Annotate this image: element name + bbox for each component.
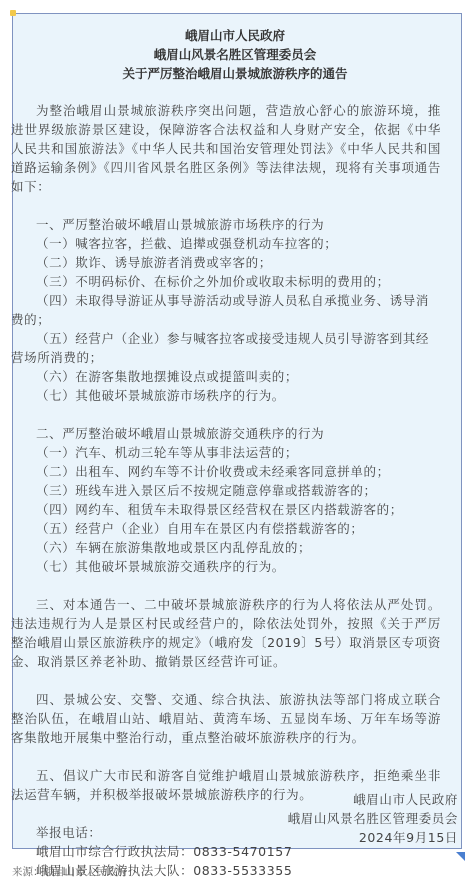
signature-block: 峨眉山市人民政府 峨眉山风景名胜区管理委员会 2024年9月15日 <box>288 790 458 847</box>
list-item: （四）未取得导游证从事导游活动或导游人员私自承揽业务、诱导消费的； <box>11 291 441 329</box>
penalty-paragraph: 三、对本通告一、二中破坏景城旅游秩序的行为人将依法从严处罚。违法违规行为人是景区… <box>11 595 441 671</box>
list-item: （一）汽车、机动三轮车等从事非法运营的； <box>11 443 441 462</box>
list-item: （二）欺诈、诱导旅游者消费或宰客的； <box>11 253 441 272</box>
intro-paragraph: 为整治峨眉山景城旅游秩序突出问题，营造放心舒心的旅游环境，推进世界级旅游景区建设… <box>11 101 441 196</box>
list-item: （七）其他破坏景城旅游市场秩序的行为。 <box>11 386 441 405</box>
list-item: （六）在游客集散地摆摊设点或提篮叫卖的； <box>11 367 441 386</box>
corner-decoration-top-left <box>10 10 16 16</box>
list-item: （三）班线车进入景区后不按规定随意停靠或搭载游客的； <box>11 481 441 500</box>
list-item: （六）车辆在旅游集散地或景区内乱停乱放的； <box>11 538 441 557</box>
list-item: （五）经营户（企业）参与喊客拉客或接受违规人员引导游客到其经营场所消费的； <box>11 329 441 367</box>
list-item: （四）网约车、租赁车未取得景区经营权在景区内搭载游客的； <box>11 500 441 519</box>
list-item: （一）喊客拉客，拦截、追撵或强登机动车拉客的； <box>11 234 441 253</box>
section-title: 一、严厉整治破坏峨眉山景城旅游市场秩序的行为 <box>11 215 441 234</box>
signature-org-2: 峨眉山风景名胜区管理委员会 <box>288 809 458 828</box>
enforcement-paragraph: 四、景城公安、交警、交通、综合执法、旅游执法等部门将成立联合整治队伍，在峨眉山站… <box>11 690 441 747</box>
list-item: （二）出租车、网约车等不计价收费或未经乘客同意拼单的； <box>11 462 441 481</box>
notice-body: 为整治峨眉山景城旅游秩序突出问题，营造放心舒心的旅游环境，推进世界级旅游景区建设… <box>11 101 441 880</box>
list-item: （七）其他破坏景城旅游交通秩序的行为。 <box>11 557 441 576</box>
notice-header: 峨眉山市人民政府 峨眉山风景名胜区管理委员会 关于严厉整治峨眉山景城旅游秩序的通… <box>0 26 470 83</box>
corner-decoration-bottom-right <box>456 852 465 861</box>
issuer-line-1: 峨眉山市人民政府 <box>0 26 470 45</box>
section-title: 二、严厉整治破坏峨眉山景城旅游交通秩序的行为 <box>11 424 441 443</box>
section-market-order: 一、严厉整治破坏峨眉山景城旅游市场秩序的行为 （一）喊客拉客，拦截、追撵或强登机… <box>11 215 441 405</box>
signature-date: 2024年9月15日 <box>288 828 458 847</box>
source-credit: 来源：峨眉山市人民政府 <box>12 864 128 879</box>
section-traffic-order: 二、严厉整治破坏峨眉山景城旅游交通秩序的行为 （一）汽车、机动三轮车等从事非法运… <box>11 424 441 576</box>
signature-org-1: 峨眉山市人民政府 <box>288 790 458 809</box>
issuer-line-2: 峨眉山风景名胜区管理委员会 <box>0 45 470 64</box>
list-item: （三）不明码标价、在标价之外加价或收取未标明的费用的； <box>11 272 441 291</box>
notice-title: 关于严厉整治峨眉山景城旅游秩序的通告 <box>0 64 470 83</box>
list-item: （五）经营户（企业）自用车在景区内有偿搭载游客的； <box>11 519 441 538</box>
